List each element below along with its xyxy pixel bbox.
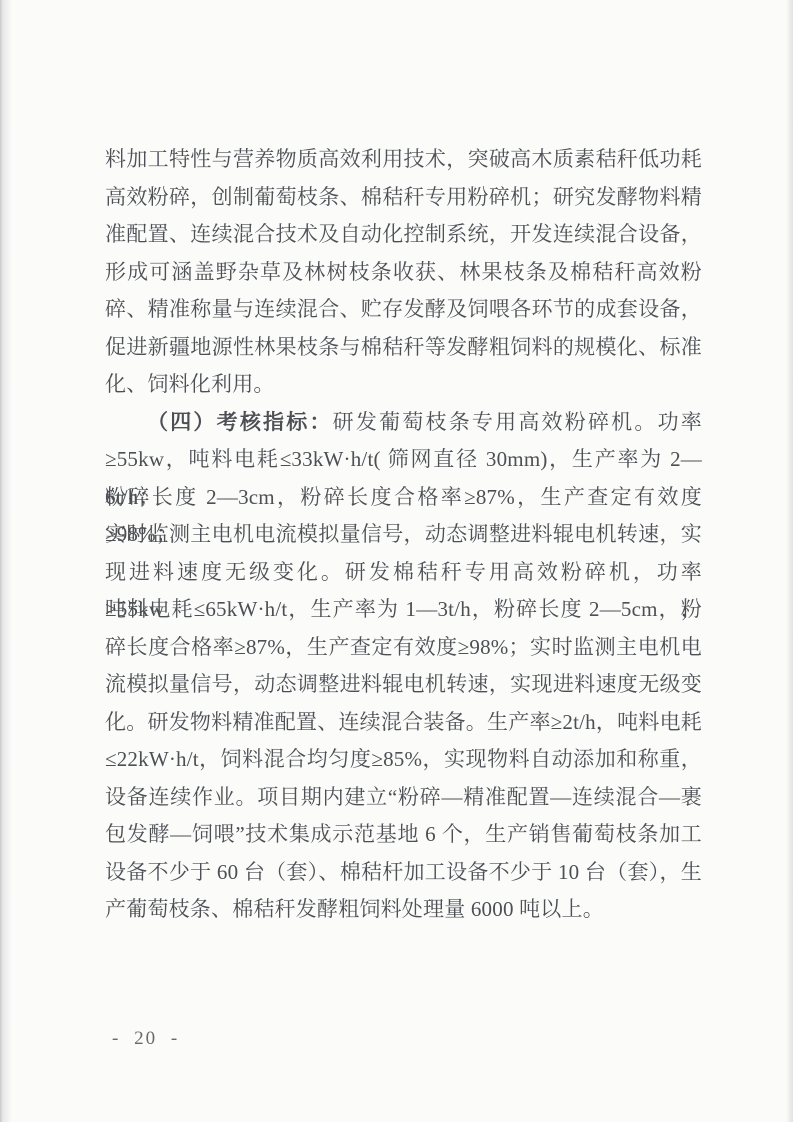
paragraph-1-line: 高效粉碎，创制葡萄枝条、棉秸秆专用粉碎机；研究发酵物料精 (105, 179, 702, 217)
paragraph-2-line: 包发酵—饲喂”技术集成示范基地 6 个，生产销售葡萄枝条加工 (105, 816, 702, 854)
paragraph-1-line: 料加工特性与营养物质高效利用技术，突破高木质素秸秆低功耗 (105, 141, 702, 179)
page-number: - 20 - (112, 1028, 179, 1050)
document-page: 料加工特性与营养物质高效利用技术，突破高木质素秸秆低功耗 高效粉碎，创制葡萄枝条… (0, 0, 793, 1122)
paragraph-2-line: 设备连续作业。项目期内建立“粉碎—精准配置—连续混合—裹 (105, 779, 702, 817)
clause-heading-rest: 研发葡萄枝条专用高效粉碎机。功率 (333, 410, 702, 434)
paragraph-2-line: 粉碎长度 2—3cm，粉碎长度合格率≥87%，生产查定有效度≥98%； (105, 479, 702, 517)
paragraph-2-lead-line: （四）考核指标：研发葡萄枝条专用高效粉碎机。功率 (105, 404, 702, 442)
paragraph-2-line: 现进料速度无级变化。研发棉秸秆专用高效粉碎机，功率≥55kw， (105, 554, 702, 592)
paragraph-2-line: ≤22kW·h/t，饲料混合均匀度≥85%，实现物料自动添加和称重， (105, 741, 702, 779)
paragraph-1-line: 准配置、连续混合技术及自动化控制系统，开发连续混合设备， (105, 216, 702, 254)
paragraph-2-line: 吨料电耗≤65kW·h/t，生产率为 1—3t/h，粉碎长度 2—5cm，粉 (105, 591, 702, 629)
scan-edge-shadow-right (786, 0, 793, 1122)
paragraph-1-last-line: 化、饲料化利用。 (105, 366, 702, 404)
paragraph-2-line: 化。研发物料精准配置、连续混合装备。生产率≥2t/h，吨料电耗 (105, 704, 702, 742)
clause-heading: （四）考核指标： (147, 410, 333, 434)
paragraph-2-line: 流模拟量信号，动态调整进料辊电机转速，实现进料速度无级变 (105, 666, 702, 704)
body-text: 料加工特性与营养物质高效利用技术，突破高木质素秸秆低功耗 高效粉碎，创制葡萄枝条… (105, 141, 702, 929)
paragraph-1-line: 形成可涵盖野杂草及林树枝条收获、林果枝条及棉秸秆高效粉 (105, 254, 702, 292)
scan-edge-shadow-left (0, 0, 12, 1122)
paragraph-2-line: ≥55kw，吨料电耗≤33kW·h/t( 筛网直径 30mm)，生产率为 2—6… (105, 441, 702, 479)
paragraph-2-last-line: 产葡萄枝条、棉秸秆发酵粗饲料处理量 6000 吨以上。 (105, 891, 702, 929)
paragraph-2-line: 实时监测主电机电流模拟量信号，动态调整进料辊电机转速，实 (105, 516, 702, 554)
paragraph-1-line: 促进新疆地源性林果枝条与棉秸秆等发酵粗饲料的规模化、标准 (105, 329, 702, 367)
paragraph-2-line: 设备不少于 60 台（套）、棉秸杆加工设备不少于 10 台（套），生 (105, 854, 702, 892)
paragraph-1-line: 碎、精准称量与连续混合、贮存发酵及饲喂各环节的成套设备， (105, 291, 702, 329)
paragraph-2-line: 碎长度合格率≥87%，生产查定有效度≥98%；实时监测主电机电 (105, 629, 702, 667)
